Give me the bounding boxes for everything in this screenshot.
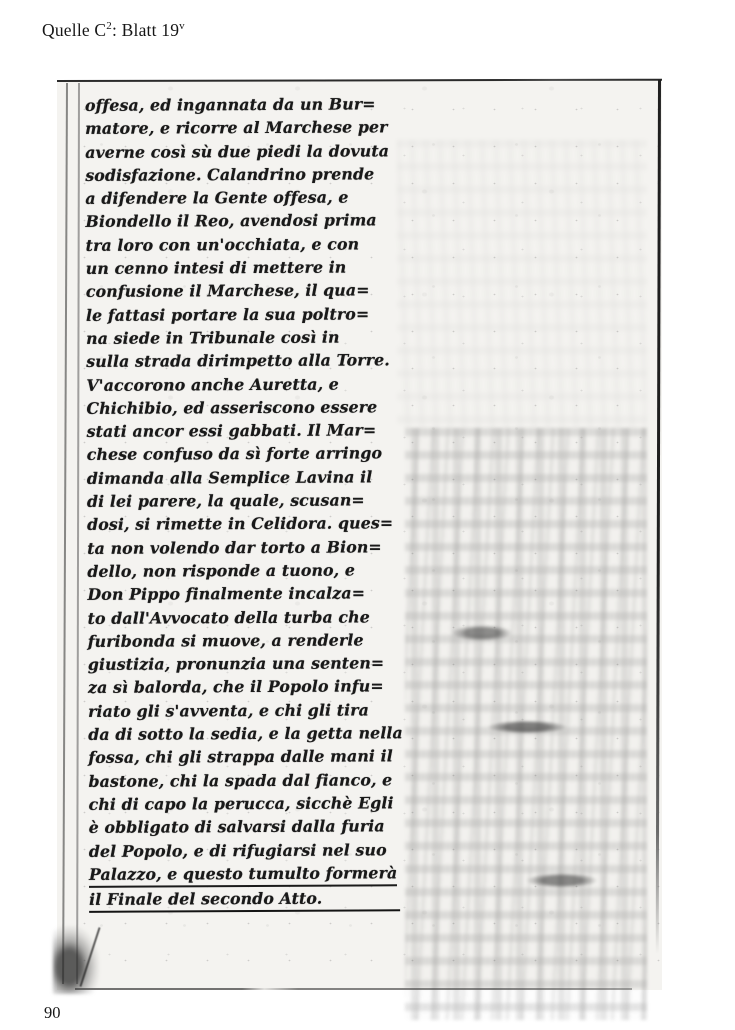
handwritten-line: da di sotto la sedia, e la getta nella [88, 721, 426, 746]
source-caption-label: Quelle C [42, 20, 106, 40]
handwritten-line: tra loro con un'occhiata, e con [86, 232, 424, 257]
handwritten-line: fossa, chi gli strappa dalle mani il [88, 744, 426, 769]
handwritten-line: di lei parere, la quale, scusan= [87, 488, 425, 513]
handwritten-line: na siede in Tribunale così in [86, 325, 424, 350]
handwritten-line: ta non volendo dar torto a Bion= [87, 535, 425, 560]
handwritten-line: è obbligato di salvarsi dalla furia [89, 814, 427, 839]
handwritten-line: to dall'Avvocato della turba che [88, 605, 426, 630]
handwritten-line: Biondello il Reo, avendosi prima [85, 209, 423, 234]
ink-stain [452, 625, 512, 641]
source-caption-folio-superscript: v [179, 20, 185, 32]
handwritten-line: Chichibio, ed asseriscono essere [86, 395, 424, 420]
ink-bleed-through-faint [397, 140, 647, 428]
damaged-corner-stain [53, 926, 99, 994]
handwritten-line: stati ancor essi gabbati. Il Mar= [87, 418, 425, 443]
handwritten-line: un cenno intesi di mettere in [86, 255, 424, 280]
handwritten-line: a difendere la Gente offesa, e [85, 185, 423, 210]
handwritten-line: le fattasi portare la sua poltro= [86, 302, 424, 327]
handwritten-line: dello, non risponde a tuono, e [87, 558, 425, 583]
handwritten-line: Don Pippo finalmente incalza= [87, 581, 425, 606]
manuscript-scan: offesa, ed ingannata da un Bur= matore, … [57, 80, 662, 990]
source-caption: Quelle C2: Blatt 19v [42, 20, 185, 41]
handwritten-line: chese confuso da sì forte arringo [87, 442, 425, 467]
handwritten-line-underlined: Palazzo, e questo tumulto formerà [89, 861, 397, 888]
handwritten-line-underlined: il Finale del secondo Atto. [89, 886, 400, 913]
ink-stain [527, 873, 597, 888]
handwritten-text-column: offesa, ed ingannata da un Bur= matore, … [85, 92, 427, 913]
handwritten-line: sulla strada dirimpetto alla Torre. [86, 348, 424, 373]
ink-stain [487, 720, 567, 734]
handwritten-line: averne così sù due piedi la dovuta [85, 139, 423, 164]
handwritten-line: dosi, si rimette in Celidora. ques= [87, 511, 425, 536]
handwritten-line: giustizia, pronunzia una senten= [88, 651, 426, 676]
source-caption-folio: : Blatt 19 [112, 20, 179, 40]
handwritten-line: riato gli s'avventa, e chi gli tira [88, 698, 426, 723]
handwritten-line: V'accorono anche Auretta, e [86, 372, 424, 397]
binding-fold-line-inner [76, 83, 79, 984]
page-top-edge [57, 79, 662, 82]
binding-fold-line [62, 83, 67, 984]
handwritten-line: furibonda si muove, a renderle [88, 628, 426, 653]
handwritten-line: dimanda alla Semplice Lavina il [87, 465, 425, 490]
handwritten-line: chi di capo la perucca, sicchè Egli [89, 791, 427, 816]
handwritten-line: confusione il Marchese, il qua= [86, 278, 424, 303]
handwritten-line: offesa, ed ingannata da un Bur= [85, 92, 423, 117]
page-right-edge [656, 80, 661, 954]
handwritten-line: bastone, chi la spada dal fianco, e [88, 768, 426, 793]
handwritten-line: del Popolo, e di rifugiarsi nel suo [89, 838, 427, 863]
page-number: 90 [44, 1003, 61, 1023]
handwritten-line: matore, e ricorre al Marchese per [85, 115, 423, 140]
handwritten-line: za sì balorda, che il Popolo infu= [88, 675, 426, 700]
handwritten-line: sodisfazione. Calandrino prende [85, 162, 423, 187]
